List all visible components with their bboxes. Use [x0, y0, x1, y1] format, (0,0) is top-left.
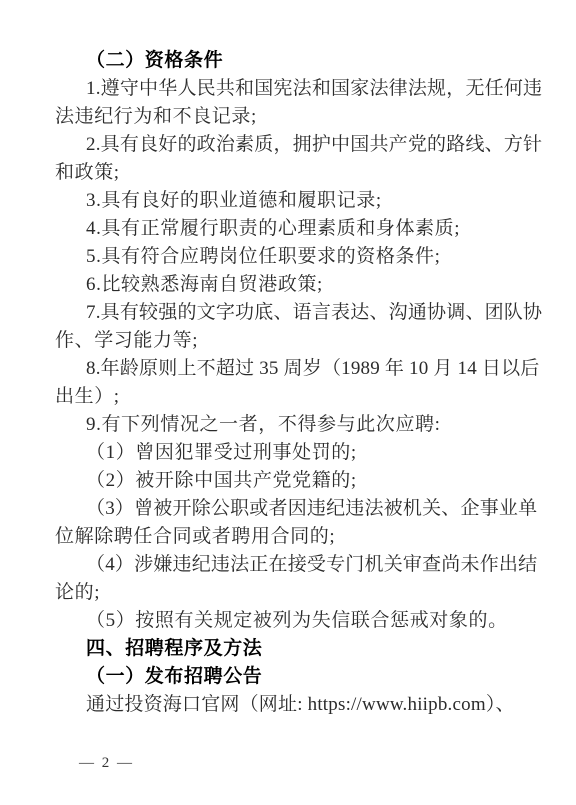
text-line: （1）曾因犯罪受过刑事处罚的; [55, 439, 522, 467]
text-line: 法违纪行为和不良记录; [55, 103, 522, 131]
text-line: （3）曾被开除公职或者因违纪违法被机关、企事业单 [55, 495, 522, 523]
text-line: 8.年龄原则上不超过 35 周岁（1989 年 10 月 14 日以后 [55, 355, 522, 383]
text-line: 论的; [55, 579, 522, 607]
text-line: 和政策; [55, 159, 522, 187]
text-line: 7.具有较强的文字功底、语言表达、沟通协调、团队协 [55, 299, 522, 327]
document-body: （二）资格条件1.遵守中华人民共和国宪法和国家法律法规，无任何违法违纪行为和不良… [55, 47, 522, 719]
document-page: （二）资格条件1.遵守中华人民共和国宪法和国家法律法规，无任何违法违纪行为和不良… [0, 0, 576, 805]
text-line: 6.比较熟悉海南自贸港政策; [55, 271, 522, 299]
text-line: 3.具有良好的职业道德和履职记录; [55, 187, 522, 215]
page-number: — 2 — [79, 753, 134, 773]
text-line: （2）被开除中国共产党党籍的; [55, 467, 522, 495]
text-line: （4）涉嫌违纪违法正在接受专门机关审查尚未作出结 [55, 551, 522, 579]
section-heading: （二）资格条件 [55, 47, 522, 75]
text-line: 4.具有正常履行职责的心理素质和身体素质; [55, 215, 522, 243]
text-line: 位解除聘任合同或者聘用合同的; [55, 523, 522, 551]
text-line: 通过投资海口官网（网址: https://www.hiipb.com）、 [55, 691, 522, 719]
section-heading: （一）发布招聘公告 [55, 663, 522, 691]
text-line: 1.遵守中华人民共和国宪法和国家法律法规，无任何违 [55, 75, 522, 103]
text-line: 9.有下列情况之一者，不得参与此次应聘: [55, 411, 522, 439]
section-heading: 四、招聘程序及方法 [55, 635, 522, 663]
text-line: （5）按照有关规定被列为失信联合惩戒对象的。 [55, 607, 522, 635]
text-line: 5.具有符合应聘岗位任职要求的资格条件; [55, 243, 522, 271]
text-line: 作、学习能力等; [55, 327, 522, 355]
text-line: 出生）; [55, 383, 522, 411]
text-line: 2.具有良好的政治素质，拥护中国共产党的路线、方针 [55, 131, 522, 159]
